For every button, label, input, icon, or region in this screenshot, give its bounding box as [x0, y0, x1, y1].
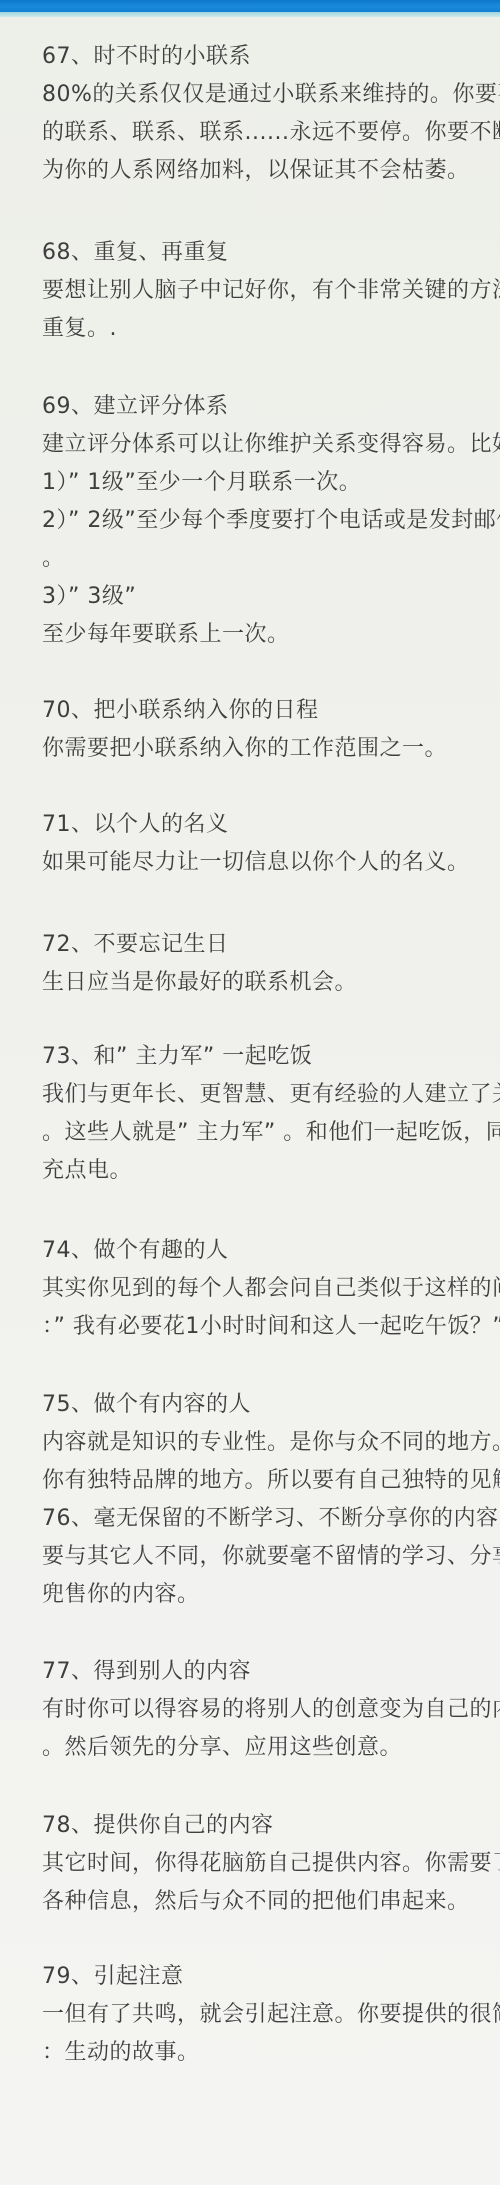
section-body-line: 各种信息，然后与众不同的把他们串起来。 [42, 1883, 470, 1921]
section-78: 78、提供你自己的内容 其它时间，你得花脑筋自己提供内容。你需要了解 各种信息，… [0, 1807, 500, 1921]
section-title: 77、得到别人的内容 [42, 1653, 470, 1691]
section-body-line: 如果可能尽力让一切信息以你个人的名义。 [42, 844, 470, 882]
section-title: 74、做个有趣的人 [42, 1232, 470, 1270]
section-74: 74、做个有趣的人 其实你见到的每个人都会问自己类似于这样的问题 ：” 我有必要… [0, 1232, 500, 1346]
section-body-line: 我们与更年长、更智慧、更有经验的人建立了关系 [42, 1076, 470, 1114]
section-67: 67、时不时的小联系 80%的关系仅仅是通过小联系来维持的。你要不断 的联系、联… [0, 38, 500, 190]
section-body-line: 的联系、联系、联系......永远不要停。你要不断的 [42, 114, 470, 152]
section-body-line: 2）” 2级”至少每个季度要打个电话或是发封邮件 [42, 502, 470, 540]
section-body-line: 一但有了共鸣，就会引起注意。你要提供的很简单 [42, 1996, 470, 2034]
section-title: 76、毫无保留的不断学习、不断分享你的内容 [42, 1500, 470, 1538]
section-title: 68、重复、再重复 [42, 234, 470, 272]
section-title: 79、引起注意 [42, 1958, 470, 1996]
section-75: 75、做个有内容的人 内容就是知识的专业性。是你与众不同的地方。让 你有独特品牌… [0, 1386, 500, 1500]
section-69: 69、建立评分体系 建立评分体系可以让你维护关系变得容易。比如： 1）” 1级”… [0, 388, 500, 654]
section-79: 79、引起注意 一但有了共鸣，就会引起注意。你要提供的很简单 ：生动的故事。 [0, 1958, 500, 2072]
article-page: { "page": { "background_color": "#f1f1ee… [0, 0, 500, 2185]
section-70: 70、把小联系纳入你的日程 你需要把小联系纳入你的工作范围之一。 [0, 692, 500, 768]
section-body-line: ：” 我有必要花1小时时间和这人一起吃午饭？” [42, 1308, 470, 1346]
section-body-line: 重复。. [42, 310, 470, 348]
top-accent-bar [0, 0, 500, 12]
section-title: 69、建立评分体系 [42, 388, 470, 426]
section-68: 68、重复、再重复 要想让别人脑子中记好你，有个非常关键的方法： 重复。. [0, 234, 500, 348]
section-body-line: 你需要把小联系纳入你的工作范围之一。 [42, 730, 470, 768]
section-body-line: 要与其它人不同，你就要毫不留情的学习、分享、 [42, 1538, 470, 1576]
section-73: 73、和” 主力军” 一起吃饭 我们与更年长、更智慧、更有经验的人建立了关系 。… [0, 1038, 500, 1190]
section-title: 73、和” 主力军” 一起吃饭 [42, 1038, 470, 1076]
section-body-line: 3）” 3级” [42, 578, 470, 616]
section-title: 70、把小联系纳入你的日程 [42, 692, 470, 730]
top-accent-strip [0, 12, 500, 17]
section-body-line: 建立评分体系可以让你维护关系变得容易。比如： [42, 426, 470, 464]
section-title: 72、不要忘记生日 [42, 926, 470, 964]
section-title: 78、提供你自己的内容 [42, 1807, 470, 1845]
section-body-line: 要想让别人脑子中记好你，有个非常关键的方法： [42, 272, 470, 310]
section-body-line: 其它时间，你得花脑筋自己提供内容。你需要了解 [42, 1845, 470, 1883]
section-title: 71、以个人的名义 [42, 806, 470, 844]
section-body-line: 你有独特品牌的地方。所以要有自己独特的见解。 [42, 1462, 470, 1500]
section-body-line: 有时你可以得容易的将别人的创意变为自己的内容 [42, 1691, 470, 1729]
section-body-line: 内容就是知识的专业性。是你与众不同的地方。让 [42, 1424, 470, 1462]
section-body-line: 兜售你的内容。 [42, 1576, 470, 1614]
section-72: 72、不要忘记生日 生日应当是你最好的联系机会。 [0, 926, 500, 1002]
section-71: 71、以个人的名义 如果可能尽力让一切信息以你个人的名义。 [0, 806, 500, 882]
section-body-line: 1）” 1级”至少一个月联系一次。 [42, 464, 470, 502]
section-body-line: ：生动的故事。 [42, 2034, 470, 2072]
section-body-line: 。然后领先的分享、应用这些创意。 [42, 1729, 470, 1767]
section-body-line: 生日应当是你最好的联系机会。 [42, 964, 470, 1002]
section-body-line: 。这些人就是” 主力军” 。和他们一起吃饭，同时 [42, 1114, 470, 1152]
section-body-line: 充点电。 [42, 1152, 470, 1190]
section-body-line: 其实你见到的每个人都会问自己类似于这样的问题 [42, 1270, 470, 1308]
section-76: 76、毫无保留的不断学习、不断分享你的内容 要与其它人不同，你就要毫不留情的学习… [0, 1500, 500, 1614]
section-title: 75、做个有内容的人 [42, 1386, 470, 1424]
section-body-line: 80%的关系仅仅是通过小联系来维持的。你要不断 [42, 76, 470, 114]
section-body-line: 为你的人系网络加料，以保证其不会枯萎。 [42, 152, 470, 190]
section-body-line: 至少每年要联系上一次。 [42, 616, 470, 654]
section-title: 67、时不时的小联系 [42, 38, 470, 76]
section-body-line: 。 [42, 540, 470, 578]
section-77: 77、得到别人的内容 有时你可以得容易的将别人的创意变为自己的内容 。然后领先的… [0, 1653, 500, 1767]
